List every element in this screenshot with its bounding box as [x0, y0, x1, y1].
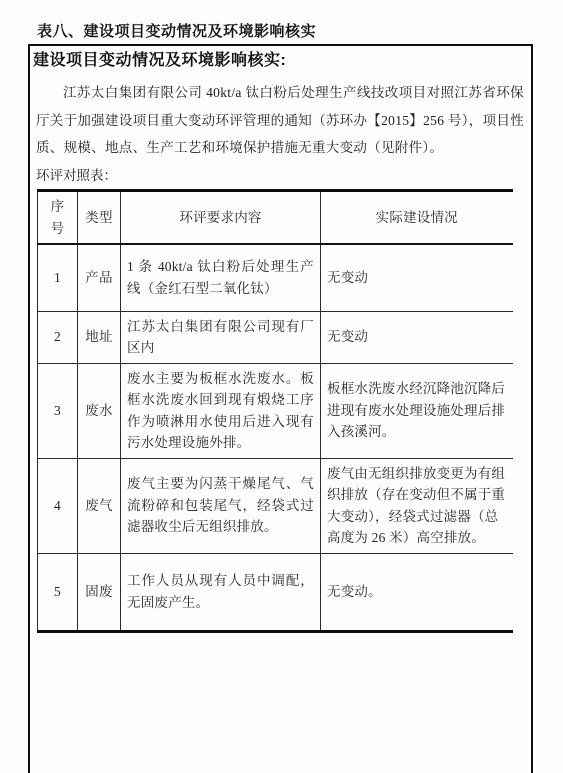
cell-no: 1	[38, 244, 78, 311]
table-row: 1 产品 1 条 40kt/a 钛白粉后处理生产线（金红石型二氧化钛） 无变动	[38, 244, 513, 311]
document-title: 表八、建设项目变动情况及环境影响核实	[37, 20, 316, 41]
cell-actual: 无变动	[321, 244, 513, 311]
cell-requirement: 江苏太白集团有限公司现有厂区内	[121, 311, 321, 363]
cell-actual: 板框水洗废水经沉降池沉降后进现有废水处理设施处理后排入孩溪河。	[321, 363, 513, 458]
cell-actual: 无变动	[321, 311, 513, 363]
cell-no: 5	[38, 553, 78, 631]
document-page: 表八、建设项目变动情况及环境影响核实 建设项目变动情况及环境影响核实: 江苏太白…	[0, 0, 563, 773]
cell-type: 固废	[78, 553, 121, 631]
cell-requirement: 工作人员从现有人员中调配，无固废产生。	[121, 553, 321, 631]
content-frame: 建设项目变动情况及环境影响核实: 江苏太白集团有限公司 40kt/a 钛白粉后处…	[28, 44, 533, 773]
cell-no: 4	[38, 458, 78, 553]
table-row: 2 地址 江苏太白集团有限公司现有厂区内 无变动	[38, 311, 513, 363]
header-actual: 实际建设情况	[321, 191, 513, 245]
section-heading: 建设项目变动情况及环境影响核实:	[33, 47, 527, 70]
cell-requirement: 废气主要为闪蒸干燥尾气、气流粉碎和包装尾气，经袋式过滤器收尘后无组织排放。	[121, 458, 321, 553]
cell-no: 2	[38, 311, 78, 363]
comparison-table-label: 环评对照表：	[36, 162, 531, 189]
cell-no: 3	[38, 363, 78, 458]
header-requirement: 环评要求内容	[121, 191, 321, 245]
header-no: 序号	[38, 191, 78, 245]
table-header-row: 序号 类型 环评要求内容 实际建设情况	[38, 191, 513, 245]
table-row: 4 废气 废气主要为闪蒸干燥尾气、气流粉碎和包装尾气，经袋式过滤器收尘后无组织排…	[38, 458, 513, 553]
section-paragraph: 江苏太白集团有限公司 40kt/a 钛白粉后处理生产线技改项目对照江苏省环保厅关…	[36, 79, 524, 162]
cell-requirement: 废水主要为板框水洗废水。板框水洗废水回到现有煅烧工序作为喷淋用水使用后进入现有污…	[121, 363, 321, 458]
eia-comparison-table: 序号 类型 环评要求内容 实际建设情况 1 产品 1 条 40kt/a 钛白粉后…	[37, 189, 513, 633]
table-row: 5 固废 工作人员从现有人员中调配，无固废产生。 无变动。	[38, 553, 513, 631]
cell-type: 地址	[78, 311, 121, 363]
cell-requirement: 1 条 40kt/a 钛白粉后处理生产线（金红石型二氧化钛）	[121, 244, 321, 311]
cell-type: 废气	[78, 458, 121, 553]
cell-type: 产品	[78, 244, 121, 311]
header-type: 类型	[78, 191, 121, 245]
cell-actual: 无变动。	[321, 553, 513, 631]
cell-actual: 废气由无组织排放变更为有组织排放（存在变动但不属于重大变动），经袋式过滤器（总高…	[321, 458, 513, 553]
cell-type: 废水	[78, 363, 121, 458]
table-row: 3 废水 废水主要为板框水洗废水。板框水洗废水回到现有煅烧工序作为喷淋用水使用后…	[38, 363, 513, 458]
